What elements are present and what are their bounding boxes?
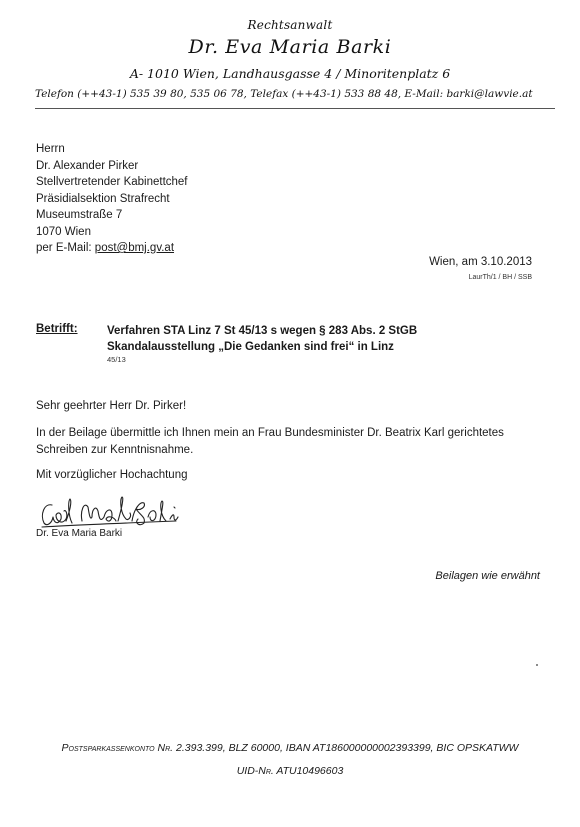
email-label: per E-Mail: — [36, 242, 95, 254]
footer-bank-details: Postsparkassenkonto Nr. 2.393.399, BLZ 6… — [0, 742, 580, 754]
signer-name: Dr. Eva Maria Barki — [36, 528, 122, 539]
recipient-address: Herrn Dr. Alexander Pirker Stellvertrete… — [36, 141, 188, 257]
subject-text: Verfahren STA Linz 7 St 45/13 s wegen § … — [107, 323, 417, 355]
letter-date: Wien, am 3.10.2013 — [429, 256, 532, 268]
subject-line-1: Verfahren STA Linz 7 St 45/13 s wegen § … — [107, 323, 417, 339]
email-link[interactable]: post@bmj.gv.at — [95, 242, 174, 254]
recipient-street: Museumstraße 7 — [36, 207, 188, 224]
body-line-1: In der Beilage übermittle ich Ihnen mein… — [36, 425, 546, 442]
footer-uid: UID-Nr. ATU10496603 — [0, 765, 580, 777]
reference-code: LaurTh/1 / BH / SSB — [469, 274, 532, 281]
enclosures-note: Beilagen wie erwähnt — [435, 570, 540, 582]
subject-subreference: 45/13 — [107, 355, 126, 364]
recipient-name: Dr. Alexander Pirker — [36, 158, 188, 175]
letterhead-title: Rechtsanwalt — [0, 18, 580, 32]
letterhead-divider — [35, 108, 555, 109]
recipient-city: 1070 Wien — [36, 224, 188, 241]
recipient-position: Stellvertretender Kabinettchef — [36, 174, 188, 191]
letterhead-address: A- 1010 Wien, Landhausgasse 4 / Minorite… — [0, 66, 580, 81]
salutation: Sehr geehrter Herr Dr. Pirker! — [36, 398, 186, 415]
scan-speck — [536, 664, 538, 666]
subject-label: Betrifft: — [36, 323, 78, 335]
letterhead-name: Dr. Eva Maria Barki — [0, 36, 580, 58]
letterhead-contact: Telefon (++43-1) 535 39 80, 535 06 78, T… — [35, 88, 555, 100]
body-paragraph: In der Beilage übermittle ich Ihnen mein… — [36, 425, 546, 458]
recipient-salutation-line: Herrn — [36, 141, 188, 158]
subject-line-2: Skandalausstellung „Die Gedanken sind fr… — [107, 339, 417, 355]
recipient-email-line: per E-Mail: post@bmj.gv.at — [36, 240, 188, 257]
body-line-2: Schreiben zur Kenntnisnahme. — [36, 442, 546, 459]
closing: Mit vorzüglicher Hochachtung — [36, 467, 188, 484]
recipient-department: Präsidialsektion Strafrecht — [36, 191, 188, 208]
